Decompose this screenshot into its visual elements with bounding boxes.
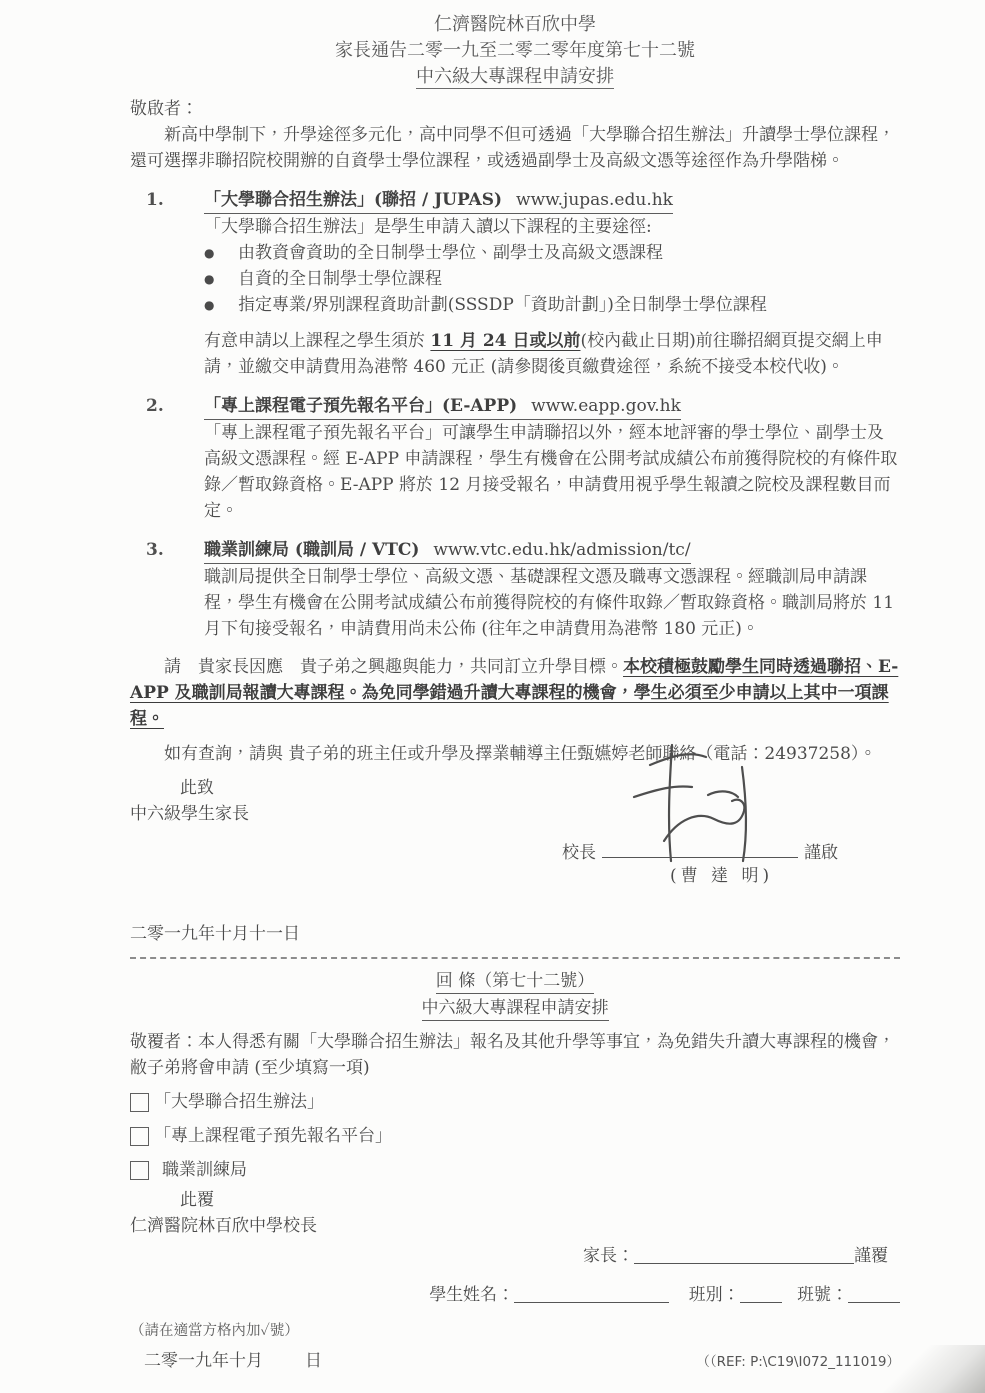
section-number: 3. — [130, 537, 204, 642]
bullet-icon: ● — [204, 240, 238, 266]
deadline-pre: 有意申請以上課程之學生須於 — [204, 331, 430, 351]
list-item: ●自資的全日制學士學位課程 — [204, 266, 900, 292]
bullet-icon: ● — [204, 292, 238, 318]
eapp-checkbox[interactable] — [130, 1127, 149, 1146]
jupas-url-link[interactable]: www.jupas.edu.hk — [516, 190, 673, 210]
notice-title: 中六級大專課程申請安排 — [416, 65, 614, 89]
eapp-body: 「專上課程電子預先報名平台」可讓學生申請聯招以外，經本地評審的學士學位、副學士及… — [204, 420, 900, 524]
parent-label: 家長： — [583, 1246, 634, 1266]
principal-signature-line — [602, 839, 798, 858]
option-jupas-row: 「大學聯合招生辦法」 — [130, 1089, 900, 1115]
list-item: ●由教資會資助的全日制學士學位、副學士及高級文憑課程 — [204, 240, 900, 266]
slip-date: 二零一九年十月日 — [130, 1348, 322, 1374]
closing-area: 此致 中六級學生家長 校長謹啟 (曹 達 明) — [130, 775, 900, 915]
slip-subtitle: 中六級大專課程申請安排 — [422, 996, 609, 1021]
slip-header: 回 條（第七十二號） 中六級大專課程申請安排 — [130, 967, 900, 1021]
jupas-lead: 「大學聯合招生辦法」是學生申請入讀以下課程的主要途徑: — [204, 214, 900, 240]
tick-instruction: （請在適當方格內加✓號） — [130, 1318, 900, 1344]
intro-paragraph: 新高中學制下，升學途徑多元化，高中同學不但可透過「大學聯合招生辦法」升讀學士學位… — [130, 122, 900, 174]
principal-label: 校長 — [562, 843, 596, 863]
bullet-text: 自資的全日制學士學位課程 — [238, 266, 442, 292]
bullet-text: 由教資會資助的全日制學士學位、副學士及高級文憑課程 — [238, 240, 663, 266]
scan-corner-shadow — [865, 1345, 985, 1393]
principal-respect: 謹啟 — [804, 843, 838, 863]
vtc-body: 職訓局提供全日制學士學位、高級文憑、基礎課程文憑及職專文憑課程。經職訓局申請課程… — [204, 564, 900, 642]
slip-body: 敬覆者：本人得悉有關「大學聯合招生辦法」報名及其他升學等事宜，為免錯失升讀大專課… — [130, 1029, 900, 1081]
slip-date-prefix: 二零一九年十月 — [130, 1351, 263, 1371]
slip-date-day: 日 — [305, 1351, 322, 1371]
advice-paragraph: 請 貴家長因應 貴子弟之興趣與能力，共同訂立升學目標。本校積極鼓勵學生同時透過聯… — [130, 654, 900, 732]
class-number-label: 班號： — [797, 1285, 848, 1305]
option-vtc-row: 職業訓練局 — [130, 1157, 900, 1183]
jupas-bullet-list: ●由教資會資助的全日制學士學位、副學士及高級文憑課程 ●自資的全日制學士學位課程… — [204, 240, 900, 318]
section-eapp: 2. 「專上課程電子預先報名平台」(E-APP)www.eapp.gov.hk … — [130, 393, 900, 524]
section-number: 2. — [130, 393, 204, 524]
vtc-url-link[interactable]: www.vtc.edu.hk/admission/tc/ — [433, 540, 690, 560]
section-vtc-title: 職業訓練局 (職訓局 / VTC) — [204, 540, 419, 560]
notice-number: 家長通告二零一九至二零二零年度第七十二號 — [130, 38, 900, 64]
eapp-url-link[interactable]: www.eapp.gov.hk — [531, 396, 681, 416]
section-vtc: 3. 職業訓練局 (職訓局 / VTC)www.vtc.edu.hk/admis… — [130, 537, 900, 642]
option-eapp-row: 「專上課程電子預先報名平台」 — [130, 1123, 900, 1149]
class-line — [740, 1284, 782, 1303]
slip-title: 回 條（第七十二號） — [436, 969, 594, 994]
student-name-label: 學生姓名： — [429, 1285, 514, 1305]
option-jupas-label: 「大學聯合招生辦法」 — [154, 1089, 324, 1115]
jupas-checkbox[interactable] — [130, 1093, 149, 1112]
student-name-line — [514, 1284, 669, 1303]
vtc-checkbox[interactable] — [130, 1161, 149, 1180]
bullet-text: 指定專業/界別課程資助計劃(SSSDP「資助計劃」)全日制學士學位課程 — [238, 292, 767, 318]
class-number-line — [848, 1284, 900, 1303]
scanned-notice-page: 仁濟醫院林百欣中學 家長通告二零一九至二零二零年度第七十二號 中六級大專課程申請… — [0, 0, 985, 1375]
school-name: 仁濟醫院林百欣中學 — [130, 12, 900, 38]
reply-closing: 此覆 — [130, 1187, 900, 1213]
cut-divider — [130, 957, 900, 959]
principal-name: (曹 達 明) — [670, 863, 773, 889]
option-vtc-label: 職業訓練局 — [162, 1157, 247, 1183]
reply-to: 仁濟醫院林百欣中學校長 — [130, 1213, 900, 1239]
notice-date: 二零一九年十月十一日 — [130, 921, 900, 947]
student-info-row: 學生姓名： 班別： 班號： — [130, 1282, 900, 1308]
parent-signature-line — [634, 1245, 854, 1264]
salutation: 敬啟者： — [130, 96, 900, 122]
class-label: 班別： — [689, 1285, 740, 1305]
deadline-date: 11 月 24 日或以前 — [430, 331, 580, 351]
bullet-icon: ● — [204, 266, 238, 292]
parent-respect: 謹覆 — [854, 1246, 888, 1266]
jupas-deadline-paragraph: 有意申請以上課程之學生須於 11 月 24 日或以前(校內截止日期)前往聯招網頁… — [204, 328, 900, 380]
notice-header: 仁濟醫院林百欣中學 家長通告二零一九至二零二零年度第七十二號 中六級大專課程申請… — [130, 12, 900, 90]
section-eapp-title: 「專上課程電子預先報名平台」(E-APP) — [204, 396, 517, 416]
advice-pre: 請 貴家長因應 貴子弟之興趣與能力，共同訂立升學目標。 — [164, 657, 623, 677]
slip-footer-row: 二零一九年十月日 （（REF: P:\C19\I072_111019） — [130, 1348, 900, 1375]
parent-signature-row: 家長：謹覆 — [130, 1243, 900, 1269]
list-item: ●指定專業/界別課程資助計劃(SSSDP「資助計劃」)全日制學士學位課程 — [204, 292, 900, 318]
section-jupas: 1. 「大學聯合招生辦法」(聯招 / JUPAS)www.jupas.edu.h… — [130, 187, 900, 380]
section-jupas-title: 「大學聯合招生辦法」(聯招 / JUPAS) — [204, 190, 502, 210]
section-number: 1. — [130, 187, 204, 380]
option-eapp-label: 「專上課程電子預先報名平台」 — [154, 1123, 392, 1149]
